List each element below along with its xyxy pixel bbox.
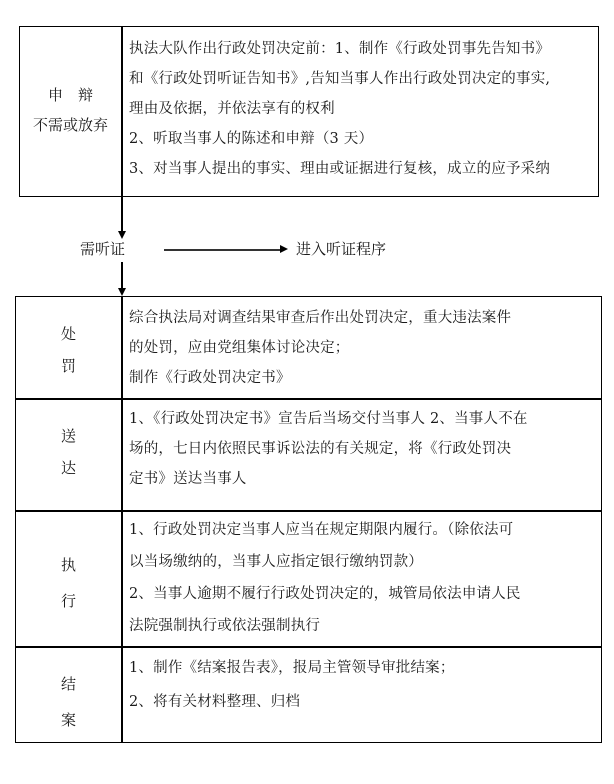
row-divider bbox=[15, 510, 602, 512]
execution-label: 执 行 bbox=[16, 547, 121, 619]
defense-line: 理由及依据，并依法享有的权利 bbox=[129, 94, 550, 124]
table-cell-line: 1、制作《结案报告表》，报局主管领导审批结案； bbox=[129, 651, 455, 685]
table-cell-line: 的处罚，应由党组集体讨论决定； bbox=[129, 333, 511, 363]
arrow-down-icon bbox=[118, 288, 126, 296]
hearing-required-label: 需听证 bbox=[80, 239, 125, 259]
table-cell-line: 综合执法局对调查结果审查后作出处罚决定，重大违法案件 bbox=[129, 303, 511, 333]
defense-label-line1: 申 辩 bbox=[20, 80, 121, 110]
table-cell-line: 以当场缴纳的，当事人应指定银行缴纳罚款） bbox=[129, 546, 521, 578]
table-cell-line: 定书》送达当事人 bbox=[129, 464, 528, 494]
delivery-content: 1、《行政处罚决定书》宣告后当场交付当事人 2、当事人不在 场的，七日内依照民事… bbox=[129, 404, 528, 494]
case-closure-content: 1、制作《结案报告表》，报局主管领导审批结案； 2、将有关材料整理、归档 bbox=[129, 651, 455, 719]
table-cell-line: 2、将有关材料整理、归档 bbox=[129, 685, 455, 719]
case-closure-label: 结 案 bbox=[16, 666, 121, 738]
defense-line: 2、听取当事人的陈述和申辩（3 天） bbox=[129, 124, 550, 154]
table-cell-line: 1、《行政处罚决定书》宣告后当场交付当事人 2、当事人不在 bbox=[129, 404, 528, 434]
flow-line-upper bbox=[121, 196, 123, 234]
arrow-right-icon bbox=[280, 245, 288, 253]
defense-line: 执法大队作出行政处罚决定前：1、制作《行政处罚事先告知书》 bbox=[129, 34, 550, 64]
table-column-divider bbox=[121, 296, 123, 743]
defense-content: 执法大队作出行政处罚决定前：1、制作《行政处罚事先告知书》 和《行政处罚听证告知… bbox=[129, 34, 550, 184]
defense-label: 申 辩 不需或放弃 bbox=[20, 80, 121, 140]
row-divider bbox=[15, 398, 602, 400]
hearing-procedure-label: 进入听证程序 bbox=[296, 239, 386, 259]
flow-line-horizontal bbox=[164, 249, 282, 251]
table-cell-line: 制作《行政处罚决定书》 bbox=[129, 363, 511, 393]
arrow-down-icon bbox=[118, 231, 126, 239]
defense-line: 和《行政处罚听证告知书》,告知当事人作出行政处罚决定的事实, bbox=[129, 64, 550, 94]
defense-column-divider bbox=[121, 26, 123, 197]
execution-content: 1、行政处罚决定当事人应当在规定期限内履行。（除依法可 以当场缴纳的，当事人应指… bbox=[129, 514, 521, 642]
delivery-label: 送 达 bbox=[16, 420, 121, 484]
defense-label-line2: 不需或放弃 bbox=[20, 110, 121, 140]
penalty-content: 综合执法局对调查结果审查后作出处罚决定，重大违法案件 的处罚，应由党组集体讨论决… bbox=[129, 303, 511, 393]
defense-line: 3、对当事人提出的事实、理由或证据进行复核，成立的应予采纳 bbox=[129, 154, 550, 184]
table-cell-line: 场的，七日内依照民事诉讼法的有关规定，将《行政处罚决 bbox=[129, 434, 528, 464]
table-cell-line: 2、当事人逾期不履行行政处罚决定的，城管局依法申请人民 bbox=[129, 578, 521, 610]
penalty-label: 处 罚 bbox=[16, 318, 121, 382]
row-divider bbox=[15, 646, 602, 648]
table-cell-line: 法院强制执行或依法强制执行 bbox=[129, 610, 521, 642]
table-cell-line: 1、行政处罚决定当事人应当在规定期限内履行。（除依法可 bbox=[129, 514, 521, 546]
